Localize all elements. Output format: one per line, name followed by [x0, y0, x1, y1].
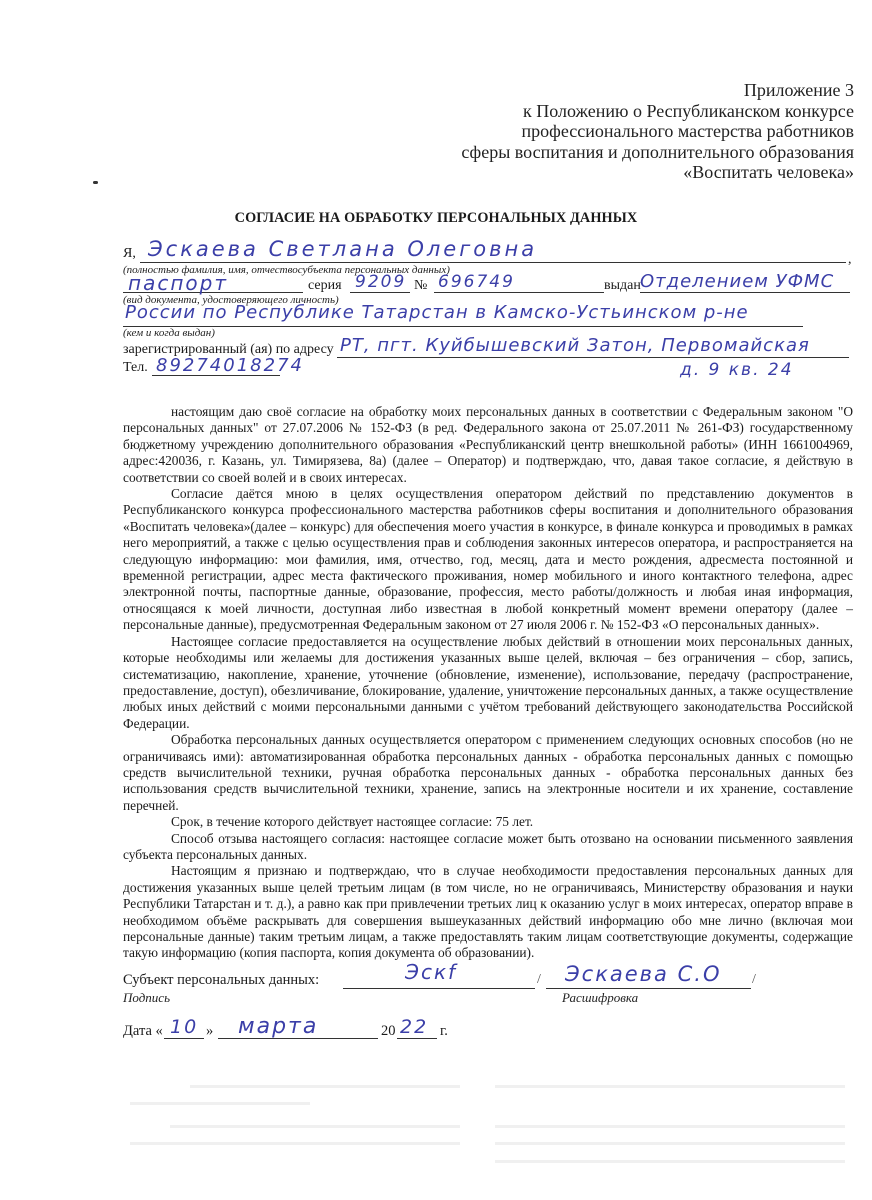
bleed-through — [130, 1102, 310, 1105]
full-name-field[interactable]: Эскаева Светлана Олеговна — [148, 237, 537, 261]
issued-line-2 — [123, 326, 803, 327]
number-label: № — [414, 278, 427, 294]
bleed-through — [495, 1125, 845, 1128]
series-label: серия — [308, 278, 342, 294]
paragraph-third-parties: Настоящим я признаю и подтверждаю, что в… — [123, 863, 853, 961]
signature-field[interactable]: Эскf — [405, 960, 457, 984]
number-field[interactable]: 696749 — [438, 272, 515, 292]
bleed-through — [170, 1125, 460, 1128]
phone-field[interactable]: 89274018274 — [156, 355, 304, 376]
subject-label: Субъект персональных данных: — [123, 972, 319, 989]
paragraph-methods: Обработка персональных данных осуществля… — [123, 732, 853, 814]
full-name-line — [140, 262, 846, 263]
consent-body: настоящим даю своё согласие на обработку… — [123, 404, 853, 962]
issued-label: выдан — [604, 278, 641, 294]
month-field[interactable]: марта — [238, 1014, 318, 1039]
day-field[interactable]: 10 — [170, 1016, 198, 1038]
i-label: Я, — [123, 246, 136, 262]
bleed-through — [495, 1142, 845, 1145]
appendix-header: Приложение 3 к Положению о Республиканск… — [461, 80, 854, 183]
day-line — [164, 1038, 204, 1039]
phone-label: Тел. — [123, 360, 148, 376]
bleed-through — [495, 1160, 845, 1163]
bleed-through — [495, 1085, 845, 1088]
appendix-line: «Воспитать человека» — [461, 162, 854, 183]
comma: , — [848, 252, 852, 268]
date-label: Дата « — [123, 1023, 163, 1040]
scan-speck — [93, 181, 98, 184]
bleed-through — [130, 1142, 460, 1145]
bleed-through — [190, 1085, 460, 1088]
number-line — [434, 292, 604, 293]
series-line — [350, 292, 410, 293]
paragraph-purpose: Согласие даётся мною в целях осуществлен… — [123, 486, 853, 634]
year-prefix: 20 — [381, 1023, 396, 1040]
decoding-line — [546, 988, 751, 989]
issued-hint: (кем и когда выдан) — [123, 327, 215, 339]
appendix-line: сферы воспитания и дополнительного образ… — [461, 142, 854, 163]
address-field-continuation[interactable]: д. 9 кв. 24 — [680, 360, 794, 380]
appendix-line: к Положению о Республиканском конкурсе — [461, 101, 854, 122]
paragraph-revocation: Способ отзыва настоящего согласия: насто… — [123, 831, 853, 864]
paragraph-consent: настоящим даю своё согласие на обработку… — [123, 404, 853, 486]
issued-line-1 — [640, 292, 850, 293]
decoding-field[interactable]: Эскаева С.О — [565, 962, 721, 986]
address-field[interactable]: РТ, пгт. Куйбышевский Затон, Первомайска… — [340, 335, 810, 356]
signature-line — [343, 988, 535, 989]
signature-separator: / — [537, 972, 541, 988]
paragraph-actions: Настоящее согласие предоставляется на ос… — [123, 634, 853, 732]
appendix-line: профессионального мастерства работников — [461, 121, 854, 142]
paragraph-term: Срок, в течение которого действует насто… — [123, 814, 853, 830]
address-line — [337, 357, 849, 358]
year-unit: г. — [440, 1023, 448, 1040]
year-field[interactable]: 22 — [400, 1016, 428, 1038]
decoding-hint: Расшифровка — [562, 990, 638, 1006]
appendix-line: Приложение 3 — [461, 80, 854, 101]
issued-by-field-2[interactable]: России по Республике Татарстан в Камско-… — [125, 302, 749, 323]
decoding-separator: / — [752, 972, 756, 988]
issued-by-field-1[interactable]: Отделением УФМС — [640, 271, 834, 292]
series-field[interactable]: 9209 — [355, 272, 406, 292]
doc-type-field[interactable]: паспорт — [128, 271, 228, 295]
signature-hint: Подпись — [123, 990, 170, 1006]
year-line — [397, 1038, 437, 1039]
document-title: СОГЛАСИЕ НА ОБРАБОТКУ ПЕРСОНАЛЬНЫХ ДАННЫ… — [0, 210, 872, 227]
day-quote-close: » — [206, 1023, 213, 1040]
